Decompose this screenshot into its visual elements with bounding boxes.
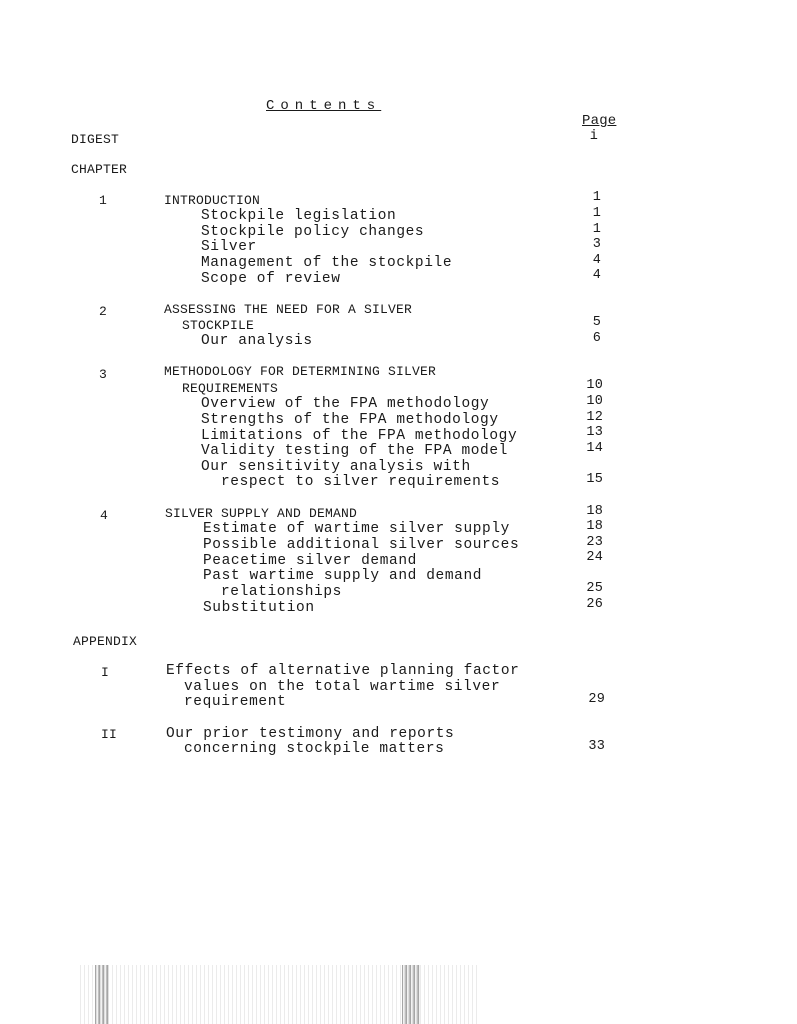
toc-entry: Our analysis	[201, 333, 313, 349]
toc-entry: Our sensitivity analysis with	[201, 459, 471, 475]
chapter-number: 2	[99, 304, 107, 319]
chapter-page: 18	[563, 504, 603, 519]
toc-entry-page: 1	[561, 206, 601, 221]
toc-entry-page: 10	[563, 394, 603, 409]
toc-entry-page: 13	[563, 425, 603, 440]
toc-entry: Peacetime silver demand	[203, 553, 417, 569]
toc-entry-page: 25	[563, 581, 603, 596]
toc-entry: Stockpile legislation	[201, 208, 396, 224]
toc-entry: Silver	[201, 239, 257, 255]
appendix-title: Effects of alternative planning factor	[166, 663, 519, 679]
toc-entry-page: 3	[561, 237, 601, 252]
toc-entry: Strengths of the FPA methodology	[201, 412, 499, 428]
page-column-header: Page	[582, 113, 616, 129]
page-title: Contents	[266, 98, 381, 114]
chapter-page: 1	[561, 190, 601, 205]
toc-entry: Management of the stockpile	[201, 255, 452, 271]
toc-entry: Scope of review	[201, 271, 341, 287]
scan-artifact	[80, 965, 480, 1024]
toc-entry-cont: respect to silver requirements	[221, 474, 500, 490]
chapter-label: CHAPTER	[71, 162, 127, 177]
chapter-heading: INTRODUCTION	[164, 193, 260, 208]
scan-artifact	[95, 965, 109, 1024]
toc-entry-page: 4	[561, 253, 601, 268]
scan-artifact	[402, 965, 420, 1024]
chapter-page: 5	[561, 315, 601, 330]
toc-entry-page: 6	[561, 331, 601, 346]
appendix-page: 29	[565, 692, 605, 707]
chapter-number: 4	[100, 508, 108, 523]
appendix-number: II	[101, 727, 117, 742]
toc-entry-page: 15	[563, 472, 603, 487]
appendix-label: APPENDIX	[73, 634, 137, 649]
appendix-number: I	[101, 665, 109, 680]
chapter-number: 1	[99, 193, 107, 208]
appendix-title-cont: requirement	[184, 694, 286, 710]
toc-entry: Estimate of wartime silver supply	[203, 521, 510, 537]
toc-entry: Limitations of the FPA methodology	[201, 428, 517, 444]
toc-entry: Substitution	[203, 600, 315, 616]
chapter-number: 3	[99, 367, 107, 382]
toc-entry: Stockpile policy changes	[201, 224, 424, 240]
chapter-heading: METHODOLOGY FOR DETERMINING SILVER	[164, 364, 436, 379]
appendix-page: 33	[565, 739, 605, 754]
chapter-heading-cont: STOCKPILE	[182, 318, 254, 333]
toc-entry-page: 4	[561, 268, 601, 283]
toc-entry-page: 1	[561, 222, 601, 237]
digest-label: DIGEST	[71, 132, 119, 147]
chapter-heading: ASSESSING THE NEED FOR A SILVER	[164, 302, 412, 317]
toc-entry-page: 23	[563, 535, 603, 550]
chapter-heading: SILVER SUPPLY AND DEMAND	[165, 506, 357, 521]
toc-entry: Overview of the FPA methodology	[201, 396, 489, 412]
toc-entry: Past wartime supply and demand	[203, 568, 482, 584]
toc-entry-page: 26	[563, 597, 603, 612]
toc-entry-page: 12	[563, 410, 603, 425]
toc-entry: Validity testing of the FPA model	[201, 443, 508, 459]
toc-entry-page: 14	[563, 441, 603, 456]
appendix-title-cont: values on the total wartime silver	[184, 679, 500, 695]
appendix-title: Our prior testimony and reports	[166, 726, 454, 742]
toc-entry: Possible additional silver sources	[203, 537, 519, 553]
toc-entry-cont: relationships	[221, 584, 342, 600]
chapter-page: 10	[563, 378, 603, 393]
toc-entry-page: 24	[563, 550, 603, 565]
chapter-heading-cont: REQUIREMENTS	[182, 381, 278, 396]
appendix-title-cont: concerning stockpile matters	[184, 741, 444, 757]
digest-page: i	[558, 129, 598, 144]
toc-entry-page: 18	[563, 519, 603, 534]
